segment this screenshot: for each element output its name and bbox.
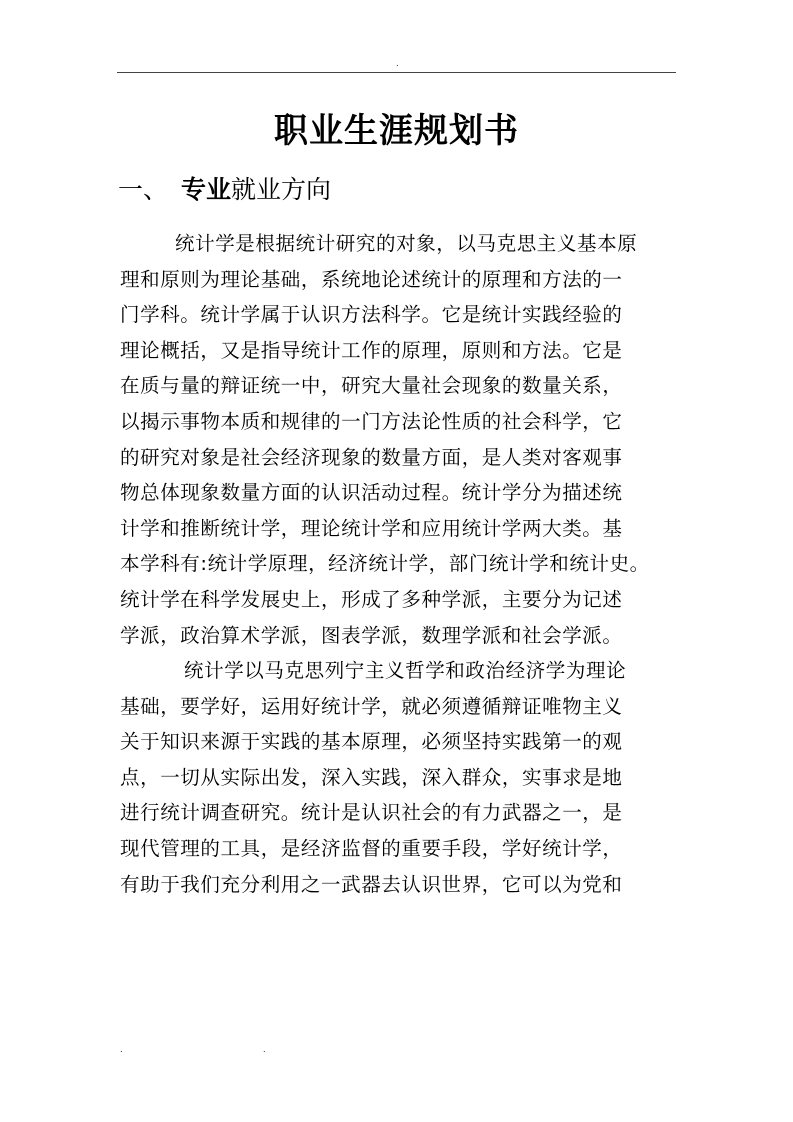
header-marker: . xyxy=(396,60,399,68)
footer-marker-right: . xyxy=(263,1046,266,1054)
paragraph-line: 关于知识来源于实践的基本原理，必须坚持实践第一的观 xyxy=(120,724,680,760)
header-rule xyxy=(117,72,676,73)
paragraph-line: 理和原则为理论基础，系统地论述统计的原理和方法的一 xyxy=(120,262,680,298)
paragraph-line: 计学和推断统计学，理论统计学和应用统计学两大类。基 xyxy=(120,511,680,547)
paragraph-line: 理论概括，又是指导统计工作的原理，原则和方法。它是 xyxy=(120,333,680,369)
paragraph-line: 点，一切从实际出发，深入实践，深入群众，实事求是地 xyxy=(120,760,680,796)
document-title: 职业生涯规划书 xyxy=(0,110,793,152)
paragraph-line: 现代管理的工具，是经济监督的重要手段，学好统计学， xyxy=(120,831,680,867)
footer-marker-left: . xyxy=(120,1046,123,1054)
paragraph-line: 以揭示事物本质和规律的一门方法论性质的社会科学，它 xyxy=(120,404,680,440)
paragraph-line: 物总体现象数量方面的认识活动过程。统计学分为描述统 xyxy=(120,475,680,511)
paragraph-line: 门学科。统计学属于认识方法科学。它是统计实践经验的 xyxy=(120,297,680,333)
section-title-rest: 就业方向 xyxy=(231,175,331,204)
paragraph-1: 统计学是根据统计研究的对象，以马克思主义基本原 理和原则为理论基础，系统地论述统… xyxy=(120,226,680,653)
paragraph-line: 统计学以马克思列宁主义哲学和政治经济学为理论 xyxy=(120,653,680,689)
paragraph-line: 进行统计调查研究。统计是认识社会的有力武器之一，是 xyxy=(120,795,680,831)
paragraph-line: 的研究对象是社会经济现象的数量方面，是人类对客观事 xyxy=(120,440,680,476)
paragraph-line: 有助于我们充分利用之一武器去认识世界，它可以为党和 xyxy=(120,867,680,903)
section-heading: 一、专业就业方向 xyxy=(118,172,331,208)
paragraph-line: 在质与量的辩证统一中，研究大量社会现象的数量关系， xyxy=(120,368,680,404)
paragraph-line: 本学科有:统计学原理，经济统计学，部门统计学和统计史。 xyxy=(120,546,680,582)
paragraph-line: 基础，要学好，运用好统计学，就必须遵循辩证唯物主义 xyxy=(120,689,680,725)
paragraph-line: 学派，政治算术学派，图表学派，数理学派和社会学派。 xyxy=(120,618,680,654)
paragraph-line: 统计学是根据统计研究的对象，以马克思主义基本原 xyxy=(120,226,680,262)
section-title-bold: 专业 xyxy=(181,175,231,204)
paragraph-2: 统计学以马克思列宁主义哲学和政治经济学为理论 基础，要学好，运用好统计学，就必须… xyxy=(120,653,680,902)
section-number: 一、 xyxy=(118,172,181,208)
paragraph-line: 统计学在科学发展史上，形成了多种学派，主要分为记述 xyxy=(120,582,680,618)
